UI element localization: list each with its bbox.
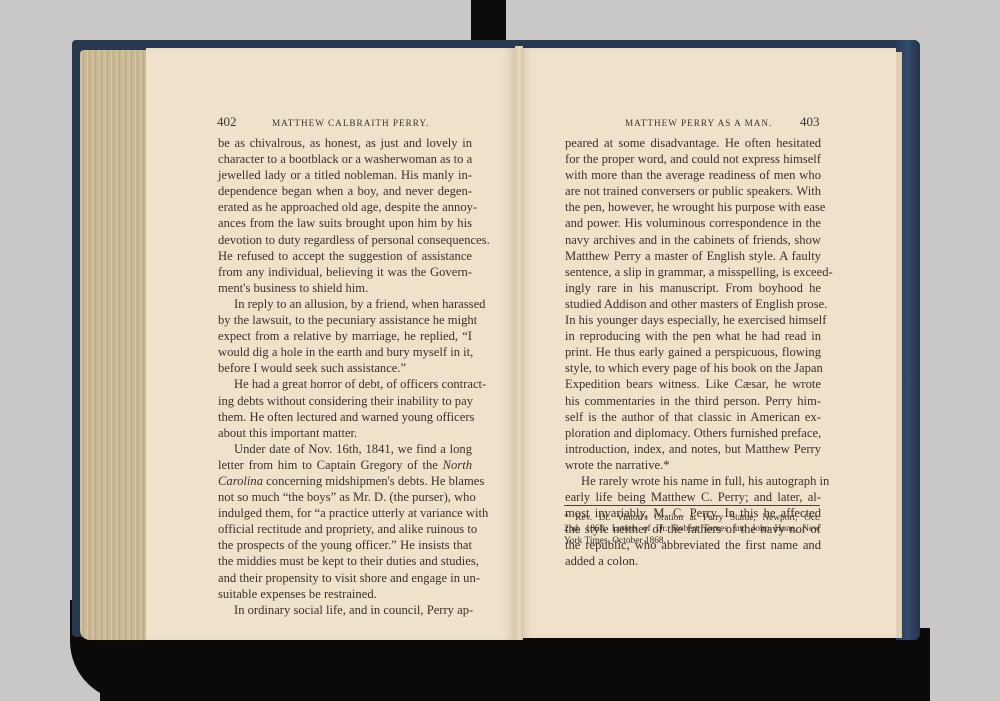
text-line: early life being Matthew C. Perry; and l… [565,489,821,505]
text-line: by the lawsuit, to the pecuniary assista… [218,312,472,328]
text-line: Under date of Nov. 16th, 1841, we find a… [218,441,472,457]
text-line: the pen, however, he wrought his purpose… [565,199,821,215]
text-line: Expedition bears witness. Like Cæsar, he… [565,376,821,392]
text-line: for the proper word, and could not expre… [565,151,821,167]
text-line: In reply to an allusion, by a friend, wh… [218,296,472,312]
text-line: his commentaries in the third person. Pe… [565,393,821,409]
text-line: studied Addison and other masters of Eng… [565,296,821,312]
footnote-rule [564,505,820,506]
text-line: them. He often lectured and warned young… [218,409,472,425]
text-line: with more than the average readiness of … [565,167,821,183]
text-line: character to a bootblack or a washerwoma… [218,151,472,167]
left-page-body: be as chivalrous, as honest, as just and… [218,135,472,618]
text-line: suitable expenses be restrained. [218,586,472,602]
text-line: expect from a relative by marriage, he r… [218,328,472,344]
text-line: would dig a hole in the earth and bury m… [218,344,472,360]
text-line: navy archives and in the cabinets of fri… [565,232,821,248]
text-line: ment's business to shield him. [218,280,472,296]
text-line: in reproducing with the pen what he had … [565,328,821,344]
text-line: the middies must be kept to their duties… [218,553,472,569]
text-line: before I would seek such assistance.” [218,360,472,376]
text-line: are not trained conversers or public spe… [565,183,821,199]
page-block-edge [80,50,150,640]
book-gutter [515,46,523,640]
footnote: * Rev. Dr. Vinton's Oration at Perry Sta… [564,513,820,547]
text-line: He rarely wrote his name in full, his au… [565,473,821,489]
text-line: added a colon. [565,553,821,569]
text-line: ances from the law suits brought upon hi… [218,215,472,231]
text-line: ingly rare in his manuscript. From boyho… [565,280,821,296]
text-line: 2nd, 1868. Letters of Dr. Robert Tomes a… [564,524,820,535]
text-line: official rectitude and propriety, and al… [218,521,472,537]
text-line: Carolina concerning midshipmen's debts. … [218,473,472,489]
text-line: be as chivalrous, as honest, as just and… [218,135,472,151]
text-line: erated as he approached old age, despite… [218,199,472,215]
text-line: and power. His voluminous correspondence… [565,215,821,231]
text-line: Matthew Perry a master of English style.… [565,248,821,264]
text-line: about this important matter. [218,425,472,441]
text-line: ing debts without considering their inab… [218,393,472,409]
text-line: print. He thus early gained a perspicuou… [565,344,821,360]
right-page-number: 403 [800,114,820,130]
text-line: dependence began when a boy, and never d… [218,183,472,199]
text-line: self is the author of that classic in Am… [565,409,821,425]
text-line: letter from him to Captain Gregory of th… [218,457,472,473]
right-running-head: MATTHEW PERRY AS A MAN. [625,118,772,128]
text-line: * Rev. Dr. Vinton's Oration at Perry Sta… [564,513,820,524]
text-line: wrote the narrative.* [565,457,821,473]
text-line: sentence, a slip in grammar, a misspelli… [565,264,821,280]
text-line: not so much “the boys” as Mr. D. (the pu… [218,489,472,505]
text-line: and their propensity to visit shore and … [218,570,472,586]
text-line: from any individual, believing it was th… [218,264,472,280]
text-line: devotion to duty regardless of personal … [218,232,472,248]
left-running-head: MATTHEW CALBRAITH PERRY. [272,118,429,128]
text-line: the prospects of the young officer.” He … [218,537,472,553]
text-line: York Times, October 1868. [564,536,820,547]
text-line: style, to which every page of his book o… [565,360,821,376]
text-line: In his younger days especially, he exerc… [565,312,821,328]
text-line: In ordinary social life, and in council,… [218,602,472,618]
text-line: He had a great horror of debt, of office… [218,376,472,392]
text-line: jewelled lady or a titled nobleman. His … [218,167,472,183]
text-line: peared at some disadvantage. He often he… [565,135,821,151]
left-page-number: 402 [217,114,237,130]
text-line: indulged them, for “a practice utterly a… [218,505,472,521]
text-line: ploration and diplomacy. Others furnishe… [565,425,821,441]
text-line: He refused to accept the suggestion of a… [218,248,472,264]
text-line: introduction, index, and notes, but Matt… [565,441,821,457]
